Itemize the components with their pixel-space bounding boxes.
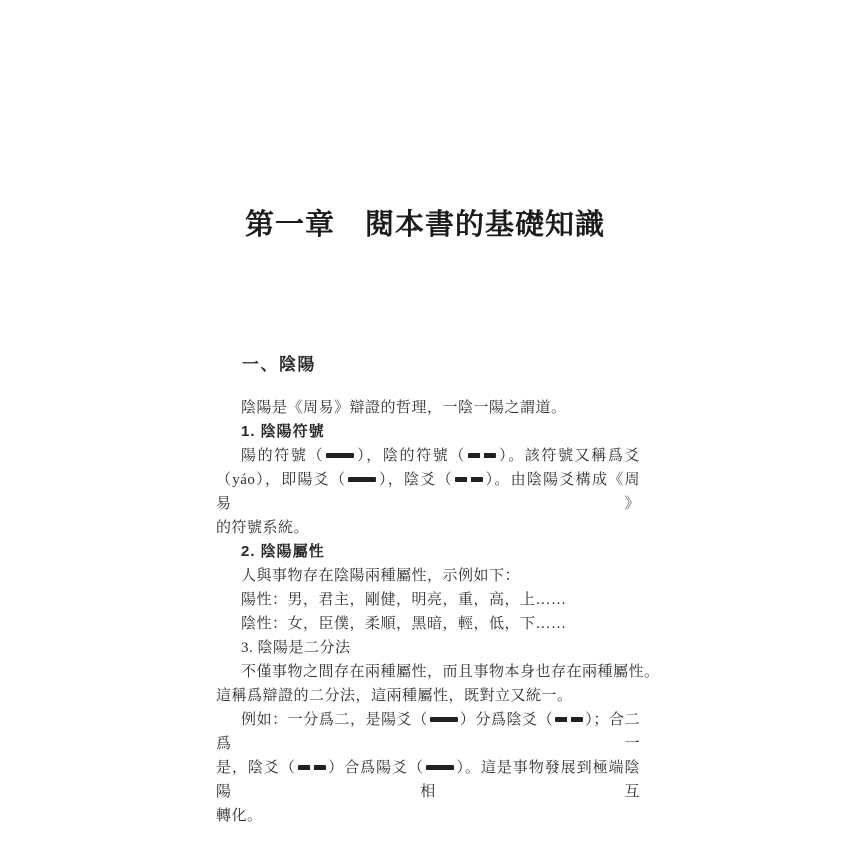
text-run: 陽性：男，君主，剛健，明亮，重，高，上…… — [241, 592, 567, 608]
book-page: 第一章 閱本書的基礎知識 一、陰陽 陰陽是《周易》辯證的哲理，一陰一陽之謂道。1… — [0, 0, 850, 850]
subheading-line: 1. 陰陽符號 — [216, 420, 640, 444]
text-run: 例如：一分爲二，是陽爻（ — [241, 712, 428, 728]
text-line: 是，陰爻（）合爲陽爻（）。這是事物發展到極端陰陽相互 — [216, 756, 640, 804]
text-line: 陰陽是《周易》辯證的哲理，一陰一陽之謂道。 — [216, 396, 640, 420]
text-run: 3. 陰陽是二分法 — [241, 640, 351, 656]
yang-symbol — [348, 477, 376, 482]
chapter-title: 第一章 閱本書的基礎知識 — [0, 205, 850, 245]
yin-symbol — [298, 765, 326, 770]
yin-symbol — [468, 453, 496, 458]
yang-symbol — [426, 765, 454, 770]
text-line: 這稱爲辯證的二分法，這兩種屬性，既對立又統一。 — [216, 684, 640, 708]
text-run: ）分爲陰爻（ — [460, 712, 553, 728]
text-line: 陽的符號（），陰的符號（）。該符號又稱爲爻 — [216, 444, 640, 468]
yin-symbol — [555, 717, 583, 722]
text-line: 人與事物存在陰陽兩種屬性，示例如下： — [216, 564, 640, 588]
body-text: 陰陽是《周易》辯證的哲理，一陰一陽之謂道。1. 陰陽符號陽的符號（），陰的符號（… — [216, 396, 640, 828]
text-run: ）。該符號又稱爲爻 — [498, 448, 640, 464]
text-run: 陽的符號（ — [241, 448, 324, 464]
text-line: 轉化。 — [216, 804, 640, 828]
text-run: （yáo），即陽爻（ — [216, 472, 346, 488]
text-line: 的符號系統。 — [216, 516, 640, 540]
text-run: 1. 陰陽符號 — [241, 423, 325, 440]
subheading-line: 2. 陰陽屬性 — [216, 540, 640, 564]
text-run: ）合爲陽爻（ — [328, 760, 424, 776]
text-run: 陰陽是《周易》辯證的哲理，一陰一陽之謂道。 — [241, 400, 567, 416]
text-run: ），陰的符號（ — [356, 448, 466, 464]
subheading-line: 3. 陰陽是二分法 — [216, 636, 640, 660]
text-run: 的符號系統。 — [216, 520, 309, 536]
section-heading: 一、陰陽 — [242, 354, 316, 376]
text-line: 陰性：女，臣僕，柔順，黑暗，輕，低，下…… — [216, 612, 640, 636]
text-run: ），陰爻（ — [378, 472, 453, 488]
text-line: （yáo），即陽爻（），陰爻（）。由陰陽爻構成《周易》 — [216, 468, 640, 516]
text-line: 陽性：男，君主，剛健，明亮，重，高，上…… — [216, 588, 640, 612]
text-run: 2. 陰陽屬性 — [241, 543, 325, 560]
yang-symbol — [430, 717, 458, 722]
yang-symbol — [326, 453, 354, 458]
text-line: 例如：一分爲二，是陽爻（）分爲陰爻（）；合二爲一 — [216, 708, 640, 756]
yin-symbol — [455, 477, 483, 482]
text-run: 人與事物存在陰陽兩種屬性，示例如下： — [241, 568, 520, 584]
text-run: 這稱爲辯證的二分法，這兩種屬性，既對立又統一。 — [216, 688, 573, 704]
text-run: 是，陰爻（ — [216, 760, 296, 776]
text-run: 陰性：女，臣僕，柔順，黑暗，輕，低，下…… — [241, 616, 567, 632]
text-run: 不僅事物之間存在兩種屬性，而且事物本身也存在兩種屬性。 — [241, 664, 660, 680]
text-run: 轉化。 — [216, 808, 263, 824]
text-line: 不僅事物之間存在兩種屬性，而且事物本身也存在兩種屬性。 — [216, 660, 640, 684]
